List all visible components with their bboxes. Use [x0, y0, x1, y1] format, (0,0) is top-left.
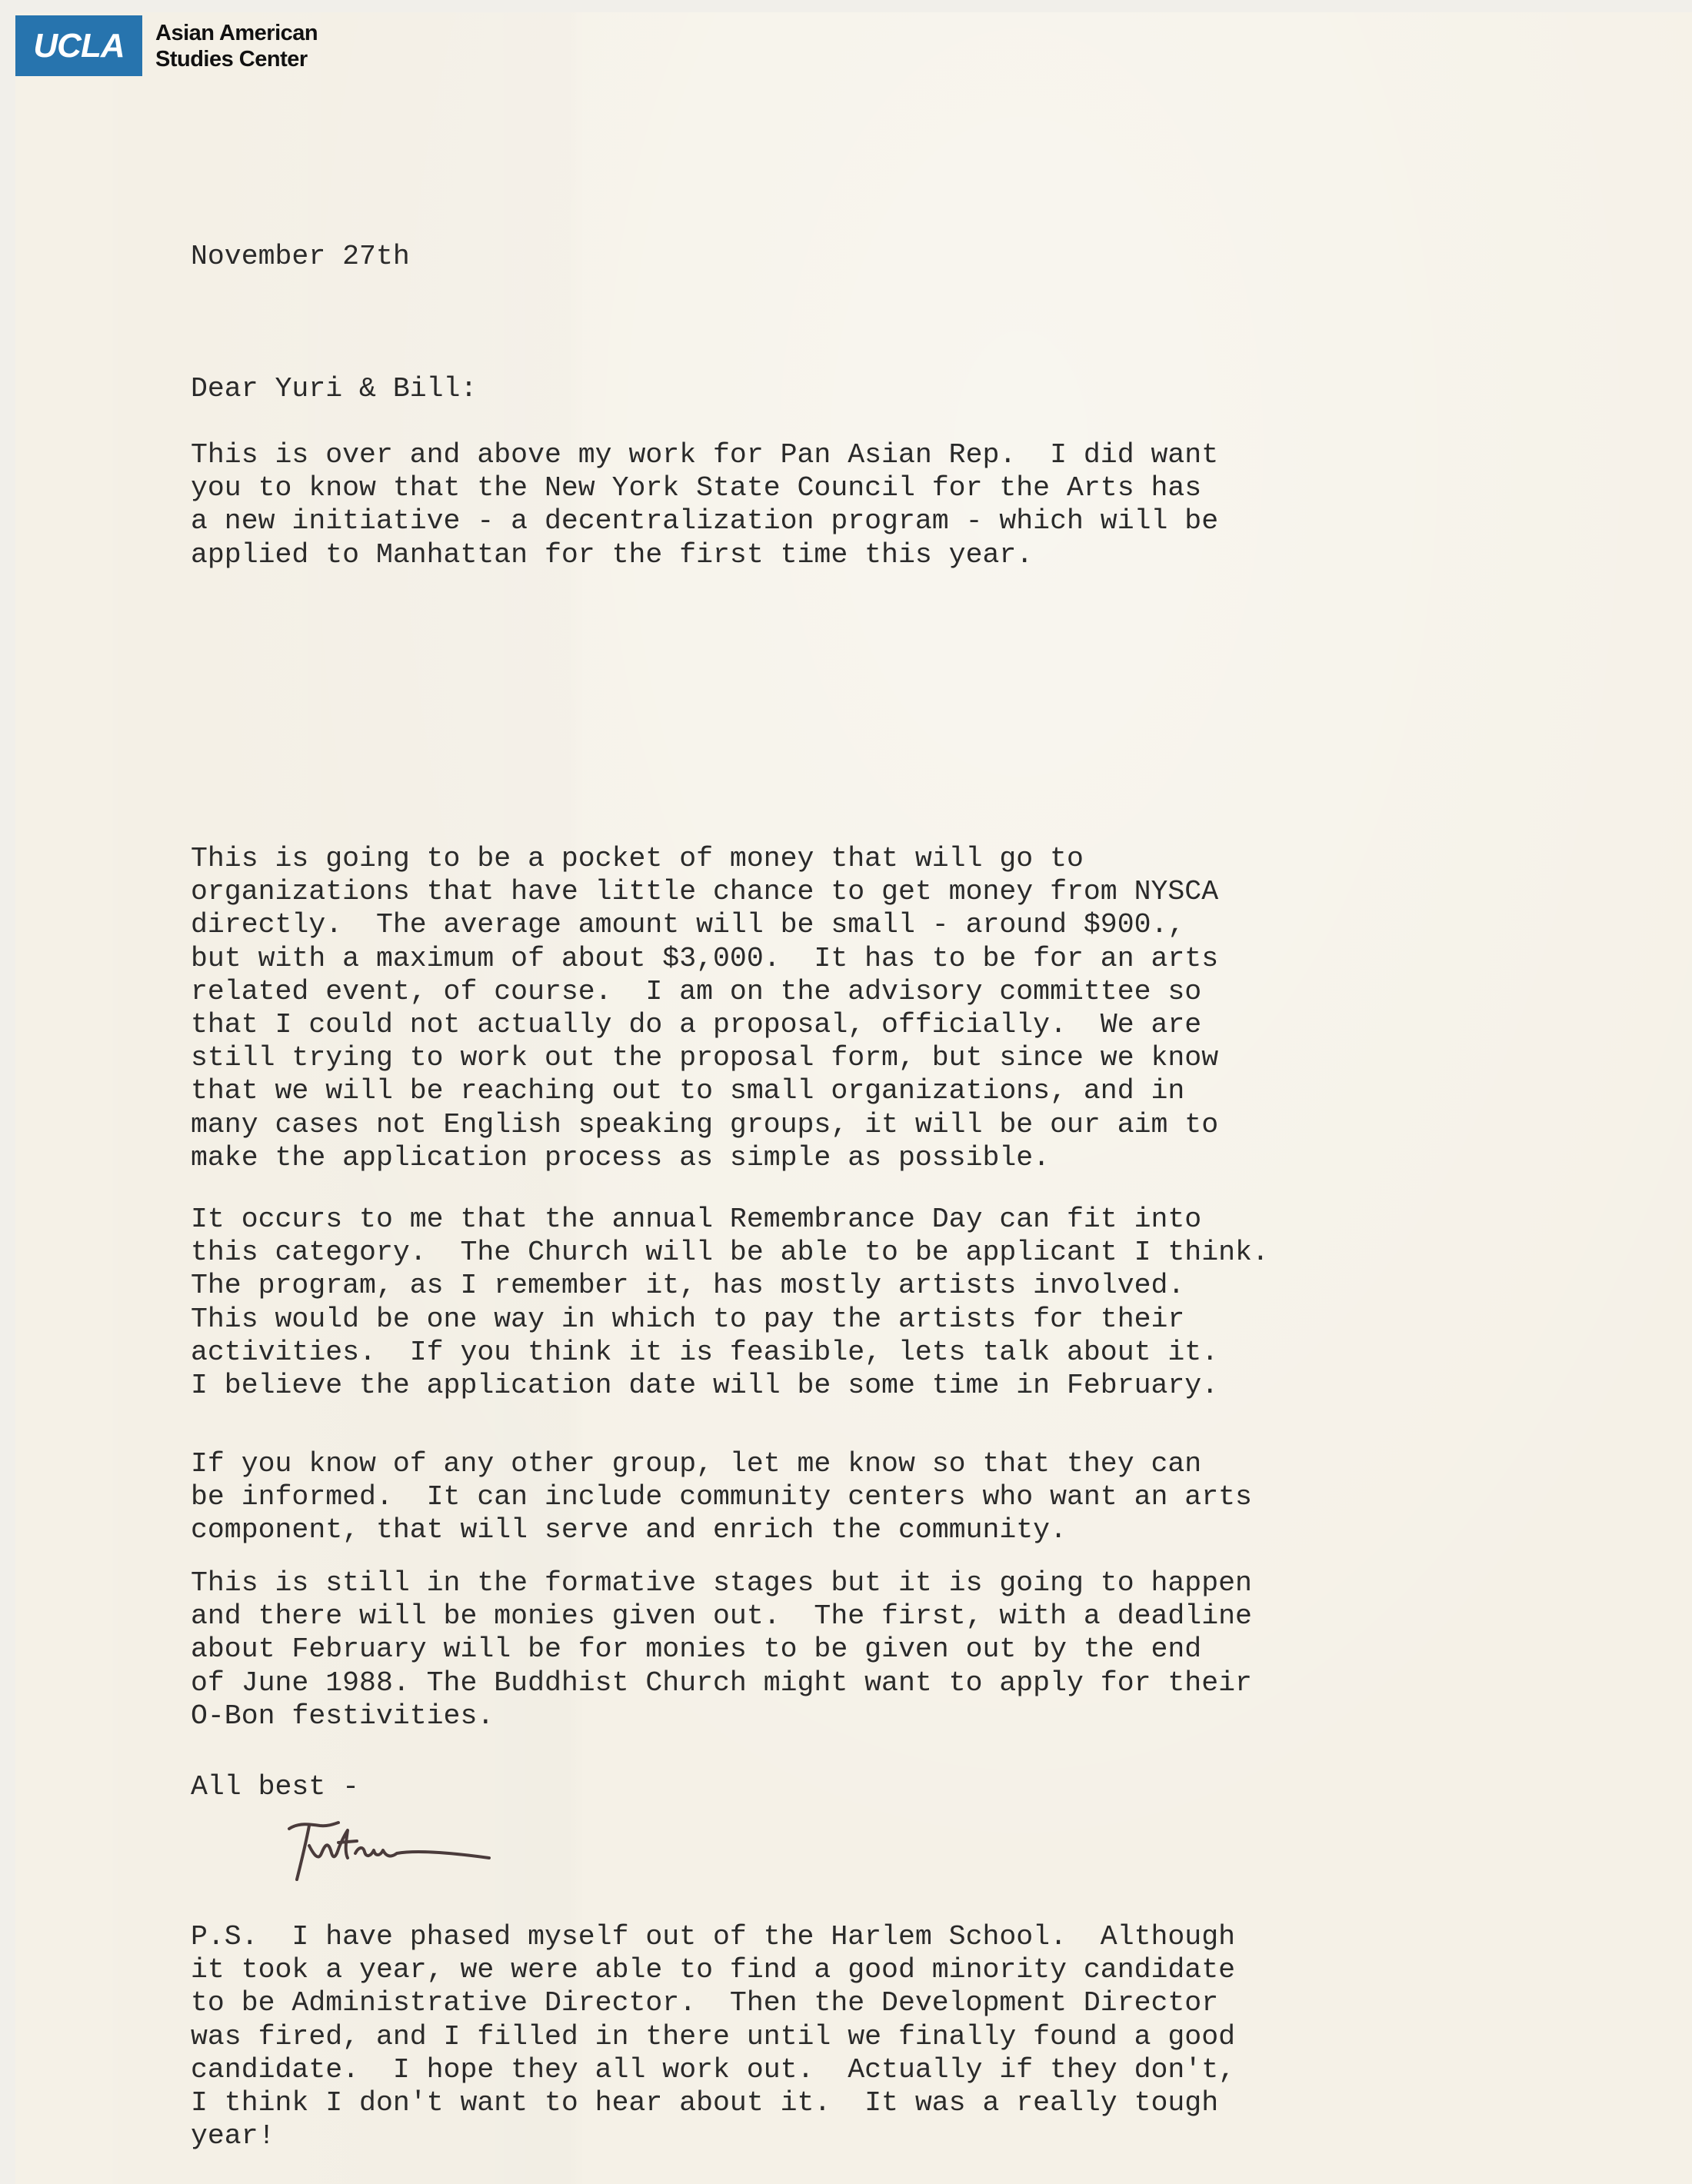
text-line: was fired, and I filled in there until w… [191, 2020, 1235, 2053]
text-line: This is over and above my work for Pan A… [191, 438, 1218, 471]
text-line: The program, as I remember it, has mostl… [191, 1269, 1269, 1302]
paragraph-5: This is still in the formative stages bu… [191, 1566, 1252, 1733]
text-line: component, that will serve and enrich th… [191, 1513, 1252, 1546]
closing: All best - [191, 1770, 359, 1803]
text-line: of June 1988. The Buddhist Church might … [191, 1666, 1252, 1700]
text-line: still trying to work out the proposal fo… [191, 1041, 1218, 1074]
org-name: Asian American Studies Center [155, 20, 318, 72]
text-line: be informed. It can include community ce… [191, 1480, 1252, 1513]
text-line: organizations that have little chance to… [191, 875, 1218, 908]
text-line: P.S. I have phased myself out of the Har… [191, 1920, 1235, 1953]
ucla-logo-text: UCLA [33, 27, 124, 65]
text-line: It occurs to me that the annual Remembra… [191, 1203, 1269, 1236]
text-line: This is still in the formative stages bu… [191, 1566, 1252, 1600]
letter-date: November 27th [191, 240, 410, 273]
text-line: If you know of any other group, let me k… [191, 1447, 1252, 1480]
salutation: Dear Yuri & Bill: [191, 372, 477, 405]
postscript: P.S. I have phased myself out of the Har… [191, 1920, 1235, 2152]
text-line: activities. If you think it is feasible,… [191, 1336, 1269, 1369]
paragraph-4: If you know of any other group, let me k… [191, 1447, 1252, 1547]
text-line: This is going to be a pocket of money th… [191, 842, 1218, 875]
text-line: year! [191, 2119, 1235, 2152]
text-line: O-Bon festivities. [191, 1700, 1252, 1733]
text-line: directly. The average amount will be sma… [191, 908, 1218, 941]
text-line: that I could not actually do a proposal,… [191, 1008, 1218, 1041]
org-name-line-2: Studies Center [155, 46, 318, 72]
text-line: this category. The Church will be able t… [191, 1236, 1269, 1269]
paragraph-3: It occurs to me that the annual Remembra… [191, 1203, 1269, 1402]
text-line: it took a year, we were able to find a g… [191, 1953, 1235, 1986]
text-line: you to know that the New York State Coun… [191, 471, 1218, 504]
text-line: candidate. I hope they all work out. Act… [191, 2053, 1235, 2086]
text-line: that we will be reaching out to small or… [191, 1074, 1218, 1107]
text-line: and there will be monies given out. The … [191, 1600, 1252, 1633]
text-line: applied to Manhattan for the first time … [191, 538, 1218, 571]
text-line: related event, of course. I am on the ad… [191, 975, 1218, 1008]
ucla-aasc-logo: UCLA Asian American Studies Center [15, 15, 318, 76]
text-line: This would be one way in which to pay th… [191, 1303, 1269, 1336]
text-line: about February will be for monies to be … [191, 1633, 1252, 1666]
paragraph-1: This is over and above my work for Pan A… [191, 438, 1218, 571]
text-line: a new initiative - a decentralization pr… [191, 504, 1218, 538]
text-line: but with a maximum of about $3,000. It h… [191, 942, 1218, 975]
ucla-logo-box: UCLA [15, 15, 142, 76]
text-line: to be Administrative Director. Then the … [191, 1986, 1235, 2019]
text-line: many cases not English speaking groups, … [191, 1108, 1218, 1141]
text-line: I believe the application date will be s… [191, 1369, 1269, 1402]
handwritten-signature [283, 1815, 514, 1884]
text-line: make the application process as simple a… [191, 1141, 1218, 1174]
text-line: I think I don't want to hear about it. I… [191, 2086, 1235, 2119]
paragraph-2: This is going to be a pocket of money th… [191, 842, 1218, 1174]
org-name-line-1: Asian American [155, 20, 318, 46]
